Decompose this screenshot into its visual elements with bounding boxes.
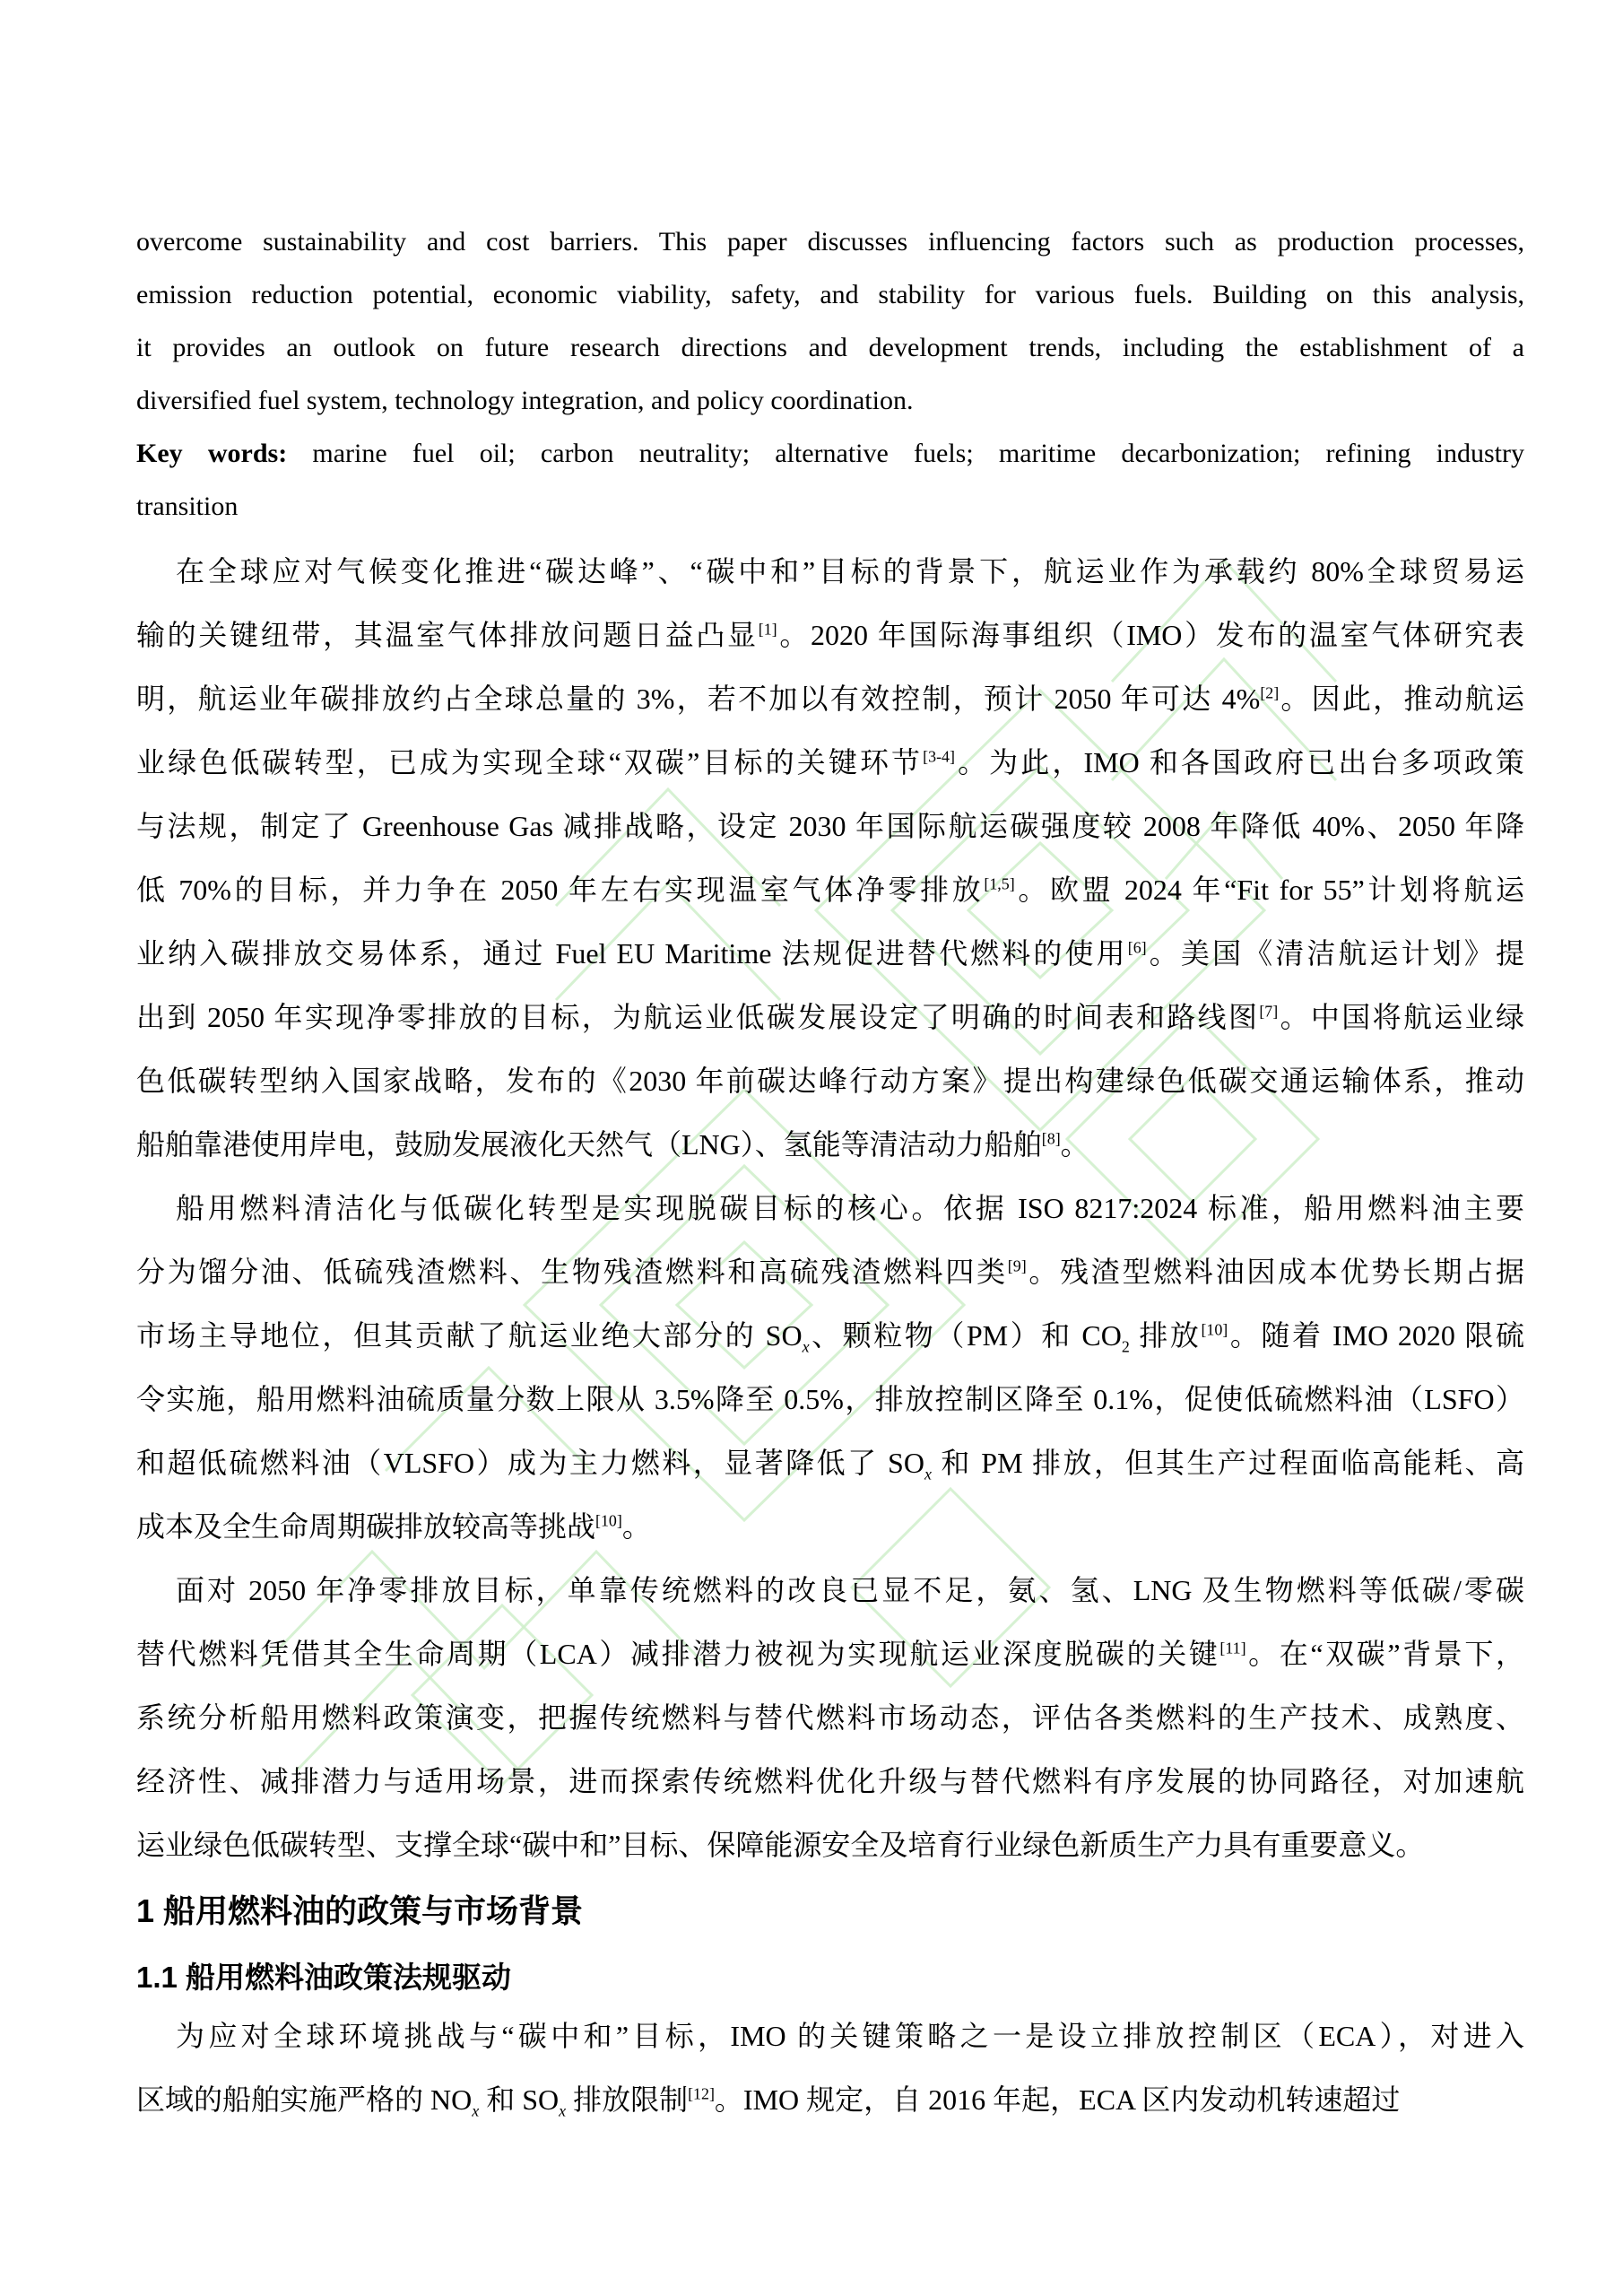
text-line: transition	[136, 480, 1524, 533]
text-line: emission reduction potential, economic v…	[136, 268, 1524, 321]
text-line: 船用燃料清洁化与低碳化转型是实现脱碳目标的核心。依据 ISO 8217:2024…	[136, 1177, 1524, 1240]
text-line: 运业绿色低碳转型、支撑全球“碳中和”目标、保障能源安全及培育行业绿色新质生产力具…	[136, 1813, 1524, 1877]
text-line: 输的关键纽带，其温室气体排放问题日益凸显[1]。2020 年国际海事组织（IMO…	[136, 604, 1524, 667]
text-line: 在全球应对气候变化推进“碳达峰”、“碳中和”目标的背景下，航运业作为承载约 80…	[136, 540, 1524, 604]
text-line: 成本及全生命周期碳排放较高等挑战[10]。	[136, 1495, 1524, 1559]
paragraph: 在全球应对气候变化推进“碳达峰”、“碳中和”目标的背景下，航运业作为承载约 80…	[136, 540, 1524, 1177]
text-line: overcome sustainability and cost barrier…	[136, 215, 1524, 268]
paragraph: overcome sustainability and cost barrier…	[136, 215, 1524, 427]
text-line: 低 70%的目标，并力争在 2050 年左右实现温室气体净零排放[1,5]。欧盟…	[136, 858, 1524, 922]
text-line: 面对 2050 年净零排放目标，单靠传统燃料的改良已显不足，氨、氢、LNG 及生…	[136, 1559, 1524, 1622]
text-line: it provides an outlook on future researc…	[136, 321, 1524, 374]
text-line: 令实施，船用燃料油硫质量分数上限从 3.5%降至 0.5%，排放控制区降至 0.…	[136, 1368, 1524, 1431]
text-line: 分为馏分油、低硫残渣燃料、生物残渣燃料和高硫残渣燃料四类[9]。残渣型燃料油因成…	[136, 1240, 1524, 1304]
text-line: Key words: marine fuel oil; carbon neutr…	[136, 427, 1524, 480]
subsection-heading: 1.1 船用燃料油政策法规驱动	[136, 1951, 1524, 2005]
page-content: overcome sustainability and cost barrier…	[0, 0, 1623, 2132]
text-line: 为应对全球环境挑战与“碳中和”目标，IMO 的关键策略之一是设立排放控制区（EC…	[136, 2005, 1524, 2068]
text-line: 和超低硫燃料油（VLSFO）成为主力燃料，显著降低了 SOx 和 PM 排放，但…	[136, 1431, 1524, 1495]
text-line: 与法规，制定了 Greenhouse Gas 减排战略，设定 2030 年国际航…	[136, 795, 1524, 858]
paragraph: 船用燃料清洁化与低碳化转型是实现脱碳目标的核心。依据 ISO 8217:2024…	[136, 1177, 1524, 1559]
text-line: 经济性、减排潜力与适用场景，进而探索传统燃料优化升级与替代燃料有序发展的协同路径…	[136, 1750, 1524, 1813]
document-page: overcome sustainability and cost barrier…	[0, 0, 1623, 2296]
paragraph: 为应对全球环境挑战与“碳中和”目标，IMO 的关键策略之一是设立排放控制区（EC…	[136, 2005, 1524, 2132]
text-line: 市场主导地位，但其贡献了航运业绝大部分的 SOx、颗粒物（PM）和 CO2 排放…	[136, 1304, 1524, 1368]
text-line: 替代燃料凭借其全生命周期（LCA）减排潜力被视为实现航运业深度脱碳的关键[11]…	[136, 1622, 1524, 1686]
section-heading: 1 船用燃料油的政策与市场背景	[136, 1884, 1524, 1938]
text-line: diversified fuel system, technology inte…	[136, 374, 1524, 427]
text-line: 船舶靠港使用岸电，鼓励发展液化天然气（LNG）、氢能等清洁动力船舶[8]。	[136, 1113, 1524, 1177]
text-line: 色低碳转型纳入国家战略，发布的《2030 年前碳达峰行动方案》提出构建绿色低碳交…	[136, 1049, 1524, 1113]
paragraph: 面对 2050 年净零排放目标，单靠传统燃料的改良已显不足，氨、氢、LNG 及生…	[136, 1559, 1524, 1877]
text-line: 明，航运业年碳排放约占全球总量的 3%，若不加以有效控制，预计 2050 年可达…	[136, 667, 1524, 731]
text-line: 业纳入碳排放交易体系，通过 Fuel EU Maritime 法规促进替代燃料的…	[136, 922, 1524, 986]
text-line: 区域的船舶实施严格的 NOx 和 SOx 排放限制[12]。IMO 规定，自 2…	[136, 2068, 1524, 2132]
text-line: 出到 2050 年实现净零排放的目标，为航运业低碳发展设定了明确的时间表和路线图…	[136, 986, 1524, 1049]
paragraph: Key words: marine fuel oil; carbon neutr…	[136, 427, 1524, 533]
section-body-block: 为应对全球环境挑战与“碳中和”目标，IMO 的关键策略之一是设立排放控制区（EC…	[136, 2005, 1524, 2132]
text-line: 业绿色低碳转型，已成为实现全球“双碳”目标的关键环节[3-4]。为此，IMO 和…	[136, 731, 1524, 795]
introduction-block: 在全球应对气候变化推进“碳达峰”、“碳中和”目标的背景下，航运业作为承载约 80…	[136, 540, 1524, 1877]
text-line: 系统分析船用燃料政策演变，把握传统燃料与替代燃料市场动态，评估各类燃料的生产技术…	[136, 1686, 1524, 1750]
abstract-block: overcome sustainability and cost barrier…	[136, 215, 1524, 533]
